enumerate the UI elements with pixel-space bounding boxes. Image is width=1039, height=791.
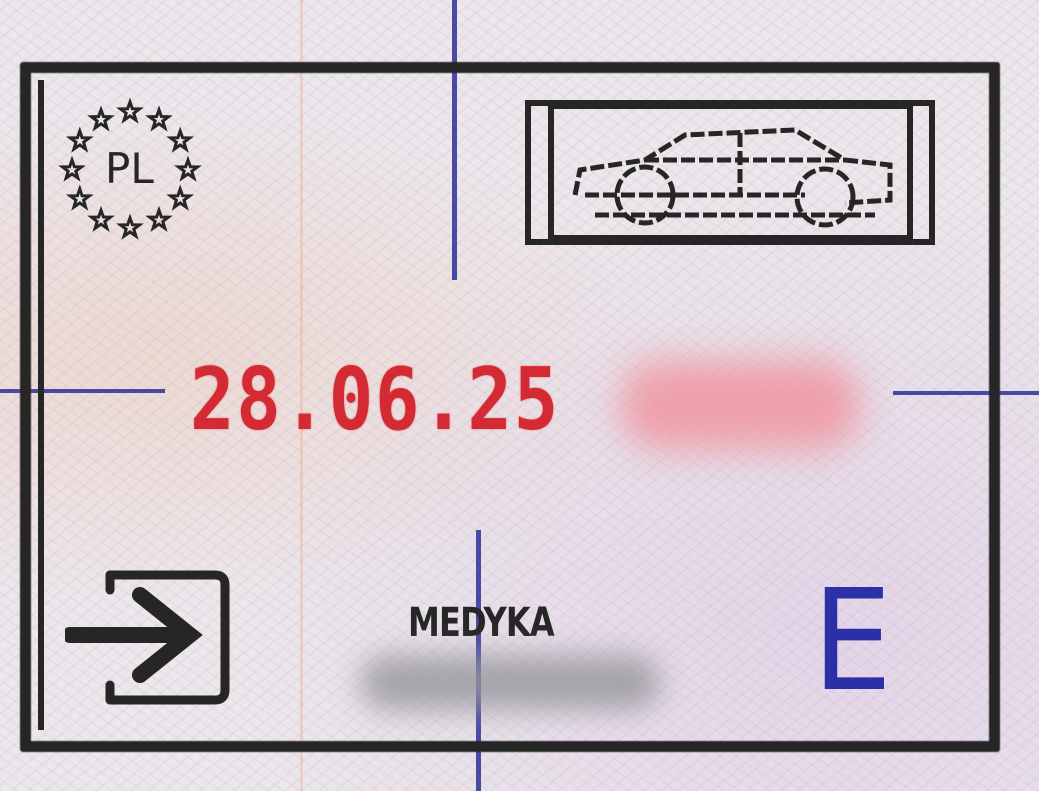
eu-stars-icon: PL — [50, 95, 210, 245]
car-icon — [555, 115, 905, 230]
redacted-stamp-code — [620, 360, 860, 450]
redacted-text — [360, 655, 660, 710]
entry-date: 28.06.25 — [190, 350, 560, 450]
country-code: PL — [105, 144, 154, 193]
border-crossing-name: MEDYKA — [408, 600, 554, 646]
entry-arrow-icon — [65, 560, 245, 710]
handwritten-mark: E — [812, 572, 892, 712]
stamp-inner-bar — [38, 80, 44, 730]
